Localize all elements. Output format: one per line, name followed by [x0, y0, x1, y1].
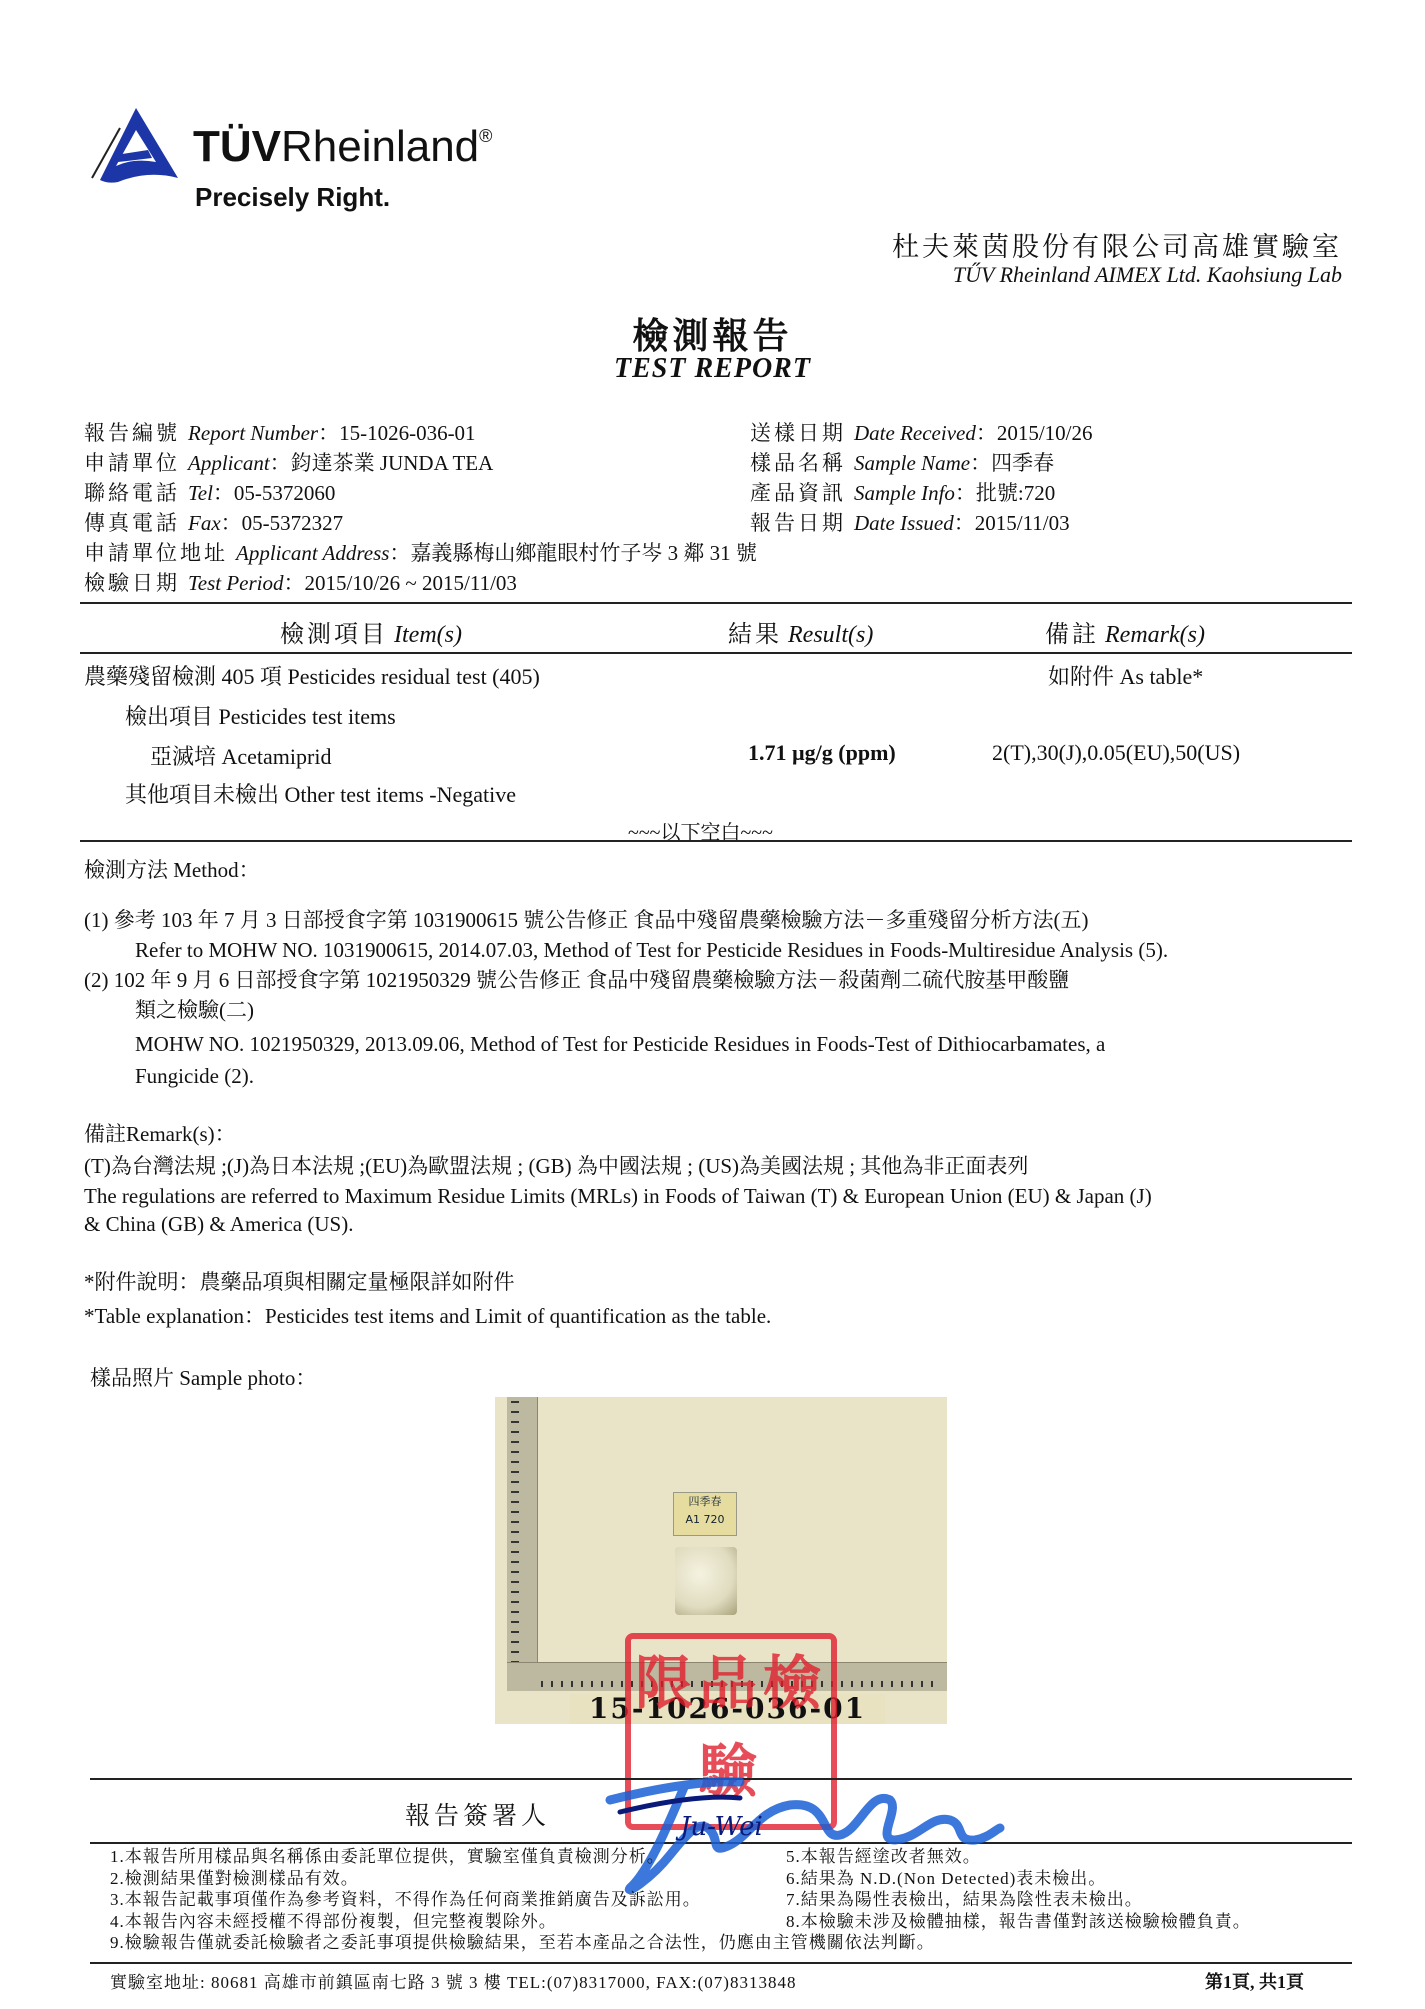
info-report-number: 報告編號Report Number：15-1026-036-01 — [84, 418, 757, 448]
method-item-2-en-cont: Fungicide (2). — [135, 1062, 254, 1090]
divider — [90, 1962, 1352, 1964]
divider — [80, 602, 1352, 604]
note-8: 8.本檢驗未涉及檢體抽樣，報告書僅對該送檢驗檢體負責。 — [786, 1911, 1251, 1933]
tuv-triangle-icon — [78, 100, 188, 200]
info-sample-info: 產品資訊Sample Info：批號:720 — [750, 478, 1093, 508]
method-item-2-en: MOHW NO. 1021950329, 2013.09.06, Method … — [135, 1030, 1105, 1058]
note-2: 2.檢測結果僅對檢測樣品有效。 — [110, 1868, 701, 1890]
column-header-results: 結果Result(s) — [728, 614, 873, 649]
page-title-en: TEST REPORT — [0, 353, 1425, 385]
brand-tagline: Precisely Right. — [195, 182, 390, 213]
info-date-received: 送樣日期Date Received：2015/10/26 — [750, 418, 1093, 448]
method-heading: 檢測方法 Method： — [84, 856, 260, 884]
table-row-result: 1.71 µg/g (ppm) — [748, 740, 896, 766]
divider — [80, 652, 1352, 654]
notes-right: 5.本報告經塗改者無效。 6.結果為 N.D.(Non Detected)表未檢… — [786, 1846, 1251, 1932]
info-right: 送樣日期Date Received：2015/10/26 樣品名稱Sample … — [750, 418, 1093, 538]
signatory-label: 報告簽署人 — [405, 1796, 550, 1832]
info-fax: 傳真電話Fax：05-5372327 — [84, 508, 757, 538]
remarks-heading: 備註Remark(s)： — [84, 1120, 236, 1148]
method-item-2-cont: 類之檢驗(二) — [135, 996, 254, 1024]
lab-name-zh: 杜夫萊茵股份有限公司高雄實驗室 — [892, 225, 1342, 264]
lab-address: 實驗室地址: 80681 高雄市前鎮區南七路 3 號 3 樓 TEL:(07)8… — [110, 1968, 796, 1993]
brand-bold: TÜV — [193, 122, 281, 171]
ruler-vertical — [507, 1397, 538, 1687]
table-row-item: 農藥殘留檢測 405 項 Pesticides residual test (4… — [84, 660, 540, 691]
page-number: 第1頁, 共1頁 — [1205, 1968, 1304, 1994]
note-7: 7.結果為陽性表檢出，結果為陰性表未檢出。 — [786, 1889, 1251, 1911]
sample-photo-label: 樣品照片 Sample photo： — [90, 1364, 316, 1392]
info-test-period: 檢驗日期Test Period：2015/10/26 ~ 2015/11/03 — [84, 568, 757, 598]
method-item-1-en: Refer to MOHW NO. 1031900615, 2014.07.03… — [135, 936, 1168, 964]
note-3: 3.本報告記載事項僅作為參考資料，不得作為任何商業推銷廣告及訴訟用。 — [110, 1889, 701, 1911]
table-row-item: 其他項目未檢出 Other test items -Negative — [125, 778, 516, 809]
table-row-remark: 2(T),30(J),0.05(EU),50(US) — [992, 740, 1240, 766]
brand-rest: Rheinland — [281, 122, 479, 171]
table-row-item: 亞滅培 Acetamiprid — [150, 740, 331, 771]
table-row-item: 檢出項目 Pesticides test items — [125, 700, 396, 731]
sample-tea-bag — [675, 1547, 737, 1615]
table-explanation-zh: *附件說明：農藥品項與相關定量極限詳如附件 — [84, 1268, 515, 1296]
remarks-line-zh: (T)為台灣法規 ;(J)為日本法規 ;(EU)為歐盟法規 ; (GB) 為中國… — [84, 1152, 1028, 1180]
table-row-remark: 如附件 As table* — [1048, 660, 1203, 691]
column-header-remarks: 備註Remark(s) — [1045, 614, 1205, 649]
tuv-logo: TÜVRheinland® Precisely Right. — [78, 100, 538, 220]
notes-left: 1.本報告所用樣品與名稱係由委託單位提供，實驗室僅負責檢測分析。 2.檢測結果僅… — [110, 1846, 701, 1932]
sample-bag-label: 四季春 A1 720 — [673, 1492, 737, 1536]
svg-text:Ju-Wei: Ju-Wei — [675, 1812, 763, 1842]
divider — [80, 840, 1352, 842]
column-header-items: 檢測項目Item(s) — [280, 614, 462, 649]
note-1: 1.本報告所用樣品與名稱係由委託單位提供，實驗室僅負責檢測分析。 — [110, 1846, 701, 1868]
registered-mark: ® — [479, 126, 492, 146]
note-6: 6.結果為 N.D.(Non Detected)表未檢出。 — [786, 1868, 1251, 1890]
method-item-1: (1) 參考 103 年 7 月 3 日部授食字第 1031900615 號公告… — [84, 906, 1088, 934]
info-applicant: 申請單位Applicant：鈞達茶業 JUNDA TEA — [84, 448, 757, 478]
note-9: 9.檢驗報告僅就委託檢驗者之委託事項提供檢驗結果，至若本產品之合法性，仍應由主管… — [110, 1932, 935, 1954]
info-left: 報告編號Report Number：15-1026-036-01 申請單位App… — [84, 418, 757, 598]
note-5: 5.本報告經塗改者無效。 — [786, 1846, 1251, 1868]
table-explanation-en: *Table explanation：Pesticides test items… — [84, 1302, 771, 1330]
remarks-line-en: The regulations are referred to Maximum … — [84, 1182, 1152, 1210]
lab-name-en: TŰV Rheinland AIMEX Ltd. Kaohsiung Lab — [953, 262, 1342, 288]
info-date-issued: 報告日期Date Issued：2015/11/03 — [750, 508, 1093, 538]
page-title-zh: 檢測報告 — [0, 308, 1425, 359]
info-applicant-address: 申請單位地址Applicant Address：嘉義縣梅山鄉龍眼村竹子岑 3 鄰… — [84, 538, 757, 568]
method-item-2: (2) 102 年 9 月 6 日部授食字第 1021950329 號公告修正 … — [84, 966, 1069, 994]
brand-name: TÜVRheinland® — [193, 122, 492, 172]
info-sample-name: 樣品名稱Sample Name：四季春 — [750, 448, 1093, 478]
remarks-line-en-cont: & China (GB) & America (US). — [84, 1210, 353, 1238]
note-4: 4.本報告內容未經授權不得部份複製，但完整複製除外。 — [110, 1911, 701, 1933]
info-tel: 聯絡電話Tel：05-5372060 — [84, 478, 757, 508]
